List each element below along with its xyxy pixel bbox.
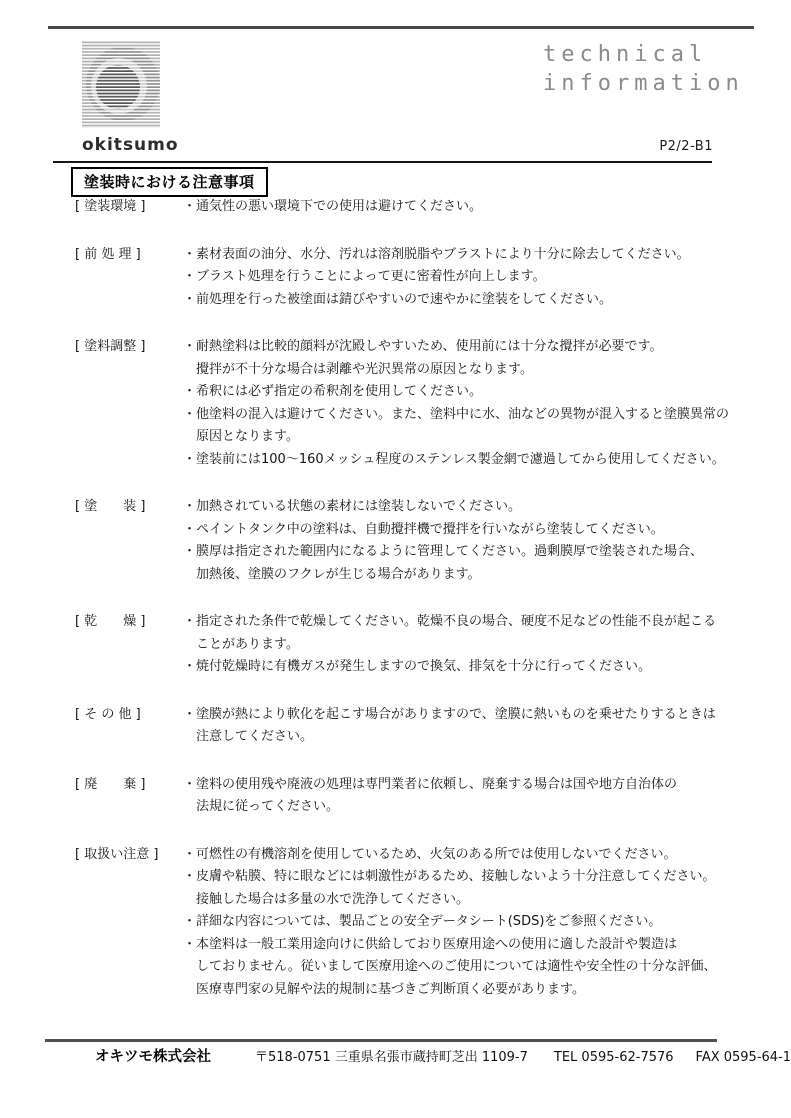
section-lines: ・指定された条件で乾燥してください。乾燥不良の場合、硬度不足などの性能不良が起こ… <box>183 611 755 679</box>
top-rule <box>48 26 754 29</box>
note-line: ・希釈には必ず指定の希釈剤を使用してください。 <box>183 381 755 404</box>
section-label: [ 取扱い注意 ] <box>75 844 183 1002</box>
footer-tel: TEL 0595-62-7576 <box>554 1050 674 1065</box>
tagline-line2: information <box>543 69 744 98</box>
section-row: [ 塗料調整 ]・耐熱塗料は比較的顔料が沈殿しやすいため、使用前には十分な攪拌が… <box>75 336 755 471</box>
note-line: ・塗料の使用残や廃液の処理は専門業者に依頼し、廃棄する場合は国や地方自治体の <box>183 774 755 797</box>
okitsumo-logo-icon <box>82 40 160 128</box>
note-line: ・塗膜が熱により軟化を起こす場合がありますので、塗膜に熱いものを乗せたりするとき… <box>183 704 755 727</box>
note-line: ・ブラスト処理を行うことによって更に密着性が向上します。 <box>183 266 755 289</box>
brand-wordmark: okitsumo <box>82 135 202 155</box>
note-line-continuation: 注意してください。 <box>183 726 755 749</box>
section-row: [ 乾 燥 ]・指定された条件で乾燥してください。乾燥不良の場合、硬度不足などの… <box>75 611 755 679</box>
note-line-continuation: ことがあります。 <box>183 634 755 657</box>
note-line: ・素材表面の油分、水分、汚れは溶剤脱脂やブラストにより十分に除去してください。 <box>183 244 755 267</box>
section-lines: ・耐熱塗料は比較的顔料が沈殿しやすいため、使用前には十分な攪拌が必要です。攪拌が… <box>183 336 755 471</box>
section-lines: ・可燃性の有機溶剤を使用しているため、火気のある所では使用しないでください。・皮… <box>183 844 755 1002</box>
section-row: [ 前 処 理 ]・素材表面の油分、水分、汚れは溶剤脱脂やブラストにより十分に除… <box>75 244 755 312</box>
section-lines: ・塗膜が熱により軟化を起こす場合がありますので、塗膜に熱いものを乗せたりするとき… <box>183 704 755 749</box>
footer-fax: FAX 0595-64-1289 <box>696 1050 791 1065</box>
section-label: [ 塗装環境 ] <box>75 196 183 219</box>
section-label: [ そ の 他 ] <box>75 704 183 749</box>
section-label: [ 前 処 理 ] <box>75 244 183 312</box>
note-line-continuation: 攪拌が不十分な場合は剥離や光沢異常の原因となります。 <box>183 359 755 382</box>
note-line: ・ペイントタンク中の塗料は、自動攪拌機で攪拌を行いながら塗装してください。 <box>183 519 755 542</box>
footer-rule <box>45 1039 717 1042</box>
section-row: [ そ の 他 ]・塗膜が熱により軟化を起こす場合がありますので、塗膜に熱いもの… <box>75 704 755 749</box>
section-label: [ 塗料調整 ] <box>75 336 183 471</box>
document-page: okitsumo technical information P2/2-B1 塗… <box>0 0 791 1118</box>
tagline: technical information <box>543 40 744 98</box>
section-lines: ・加熱されている状態の素材には塗装しないでください。・ペイントタンク中の塗料は、… <box>183 496 755 586</box>
note-line-continuation: 加熱後、塗膜のフクレが生じる場合があります。 <box>183 564 755 587</box>
sections: [ 塗装環境 ]・通気性の悪い環境下での使用は避けてください。[ 前 処 理 ]… <box>75 196 755 1026</box>
note-line-continuation: 接触した場合は多量の水で洗浄してください。 <box>183 889 755 912</box>
footer-address: 〒518-0751 三重県名張市蔵持町芝出 1109-7 <box>255 1046 528 1065</box>
section-row: [ 廃 棄 ]・塗料の使用残や廃液の処理は専門業者に依頼し、廃棄する場合は国や地… <box>75 774 755 819</box>
note-line-continuation: 法規に従ってください。 <box>183 796 755 819</box>
note-line: ・通気性の悪い環境下での使用は避けてください。 <box>183 196 755 219</box>
section-lines: ・塗料の使用残や廃液の処理は専門業者に依頼し、廃棄する場合は国や地方自治体の法規… <box>183 774 755 819</box>
tagline-line1: technical <box>543 40 744 69</box>
section-lines: ・通気性の悪い環境下での使用は避けてください。 <box>183 196 755 219</box>
section-label: [ 廃 棄 ] <box>75 774 183 819</box>
note-line: ・耐熱塗料は比較的顔料が沈殿しやすいため、使用前には十分な攪拌が必要です。 <box>183 336 755 359</box>
footer-company-name: オキツモ株式会社 <box>95 1045 211 1066</box>
note-line: ・本塗料は一般工業用途向けに供給しており医療用途への使用に適した設計や製造は <box>183 934 755 957</box>
note-line: ・塗装前には100〜160メッシュ程度のステンレス製金網で濾過してから使用してく… <box>183 449 755 472</box>
note-line: ・膜厚は指定された範囲内になるように管理してください。過剰膜厚で塗装された場合、 <box>183 541 755 564</box>
note-line: ・皮膚や粘膜、特に眼などには刺激性があるため、接触しないよう十分注意してください… <box>183 866 755 889</box>
section-label: [ 塗 装 ] <box>75 496 183 586</box>
section-row: [ 取扱い注意 ]・可燃性の有機溶剤を使用しているため、火気のある所では使用しな… <box>75 844 755 1002</box>
page-title: 塗装時における注意事項 <box>71 167 268 197</box>
note-line: ・詳細な内容については、製品ごとの安全データシート(SDS)をご参照ください。 <box>183 911 755 934</box>
section-row: [ 塗装環境 ]・通気性の悪い環境下での使用は避けてください。 <box>75 196 755 219</box>
page-reference: P2/2-B1 <box>659 139 713 154</box>
section-row: [ 塗 装 ]・加熱されている状態の素材には塗装しないでください。・ペイントタン… <box>75 496 755 586</box>
note-line: ・焼付乾燥時に有機ガスが発生しますので換気、排気を十分に行ってください。 <box>183 656 755 679</box>
section-label: [ 乾 燥 ] <box>75 611 183 679</box>
note-line: ・他塗料の混入は避けてください。また、塗料中に水、油などの異物が混入すると塗膜異… <box>183 404 755 427</box>
logo-block: okitsumo <box>82 40 202 155</box>
note-line-continuation: 医療専門家の見解や法的規制に基づきご判断頂く必要があります。 <box>183 979 755 1002</box>
footer: オキツモ株式会社 〒518-0751 三重県名張市蔵持町芝出 1109-7 TE… <box>95 1045 761 1066</box>
note-line: ・加熱されている状態の素材には塗装しないでください。 <box>183 496 755 519</box>
note-line: ・指定された条件で乾燥してください。乾燥不良の場合、硬度不足などの性能不良が起こ… <box>183 611 755 634</box>
note-line-continuation: しておりません。従いまして医療用途へのご使用については適性や安全性の十分な評価、 <box>183 956 755 979</box>
section-lines: ・素材表面の油分、水分、汚れは溶剤脱脂やブラストにより十分に除去してください。・… <box>183 244 755 312</box>
note-line: ・前処理を行った被塗面は錆びやすいので速やかに塗装をしてください。 <box>183 289 755 312</box>
note-line-continuation: 原因となります。 <box>183 426 755 449</box>
header-rule <box>53 161 712 163</box>
note-line: ・可燃性の有機溶剤を使用しているため、火気のある所では使用しないでください。 <box>183 844 755 867</box>
